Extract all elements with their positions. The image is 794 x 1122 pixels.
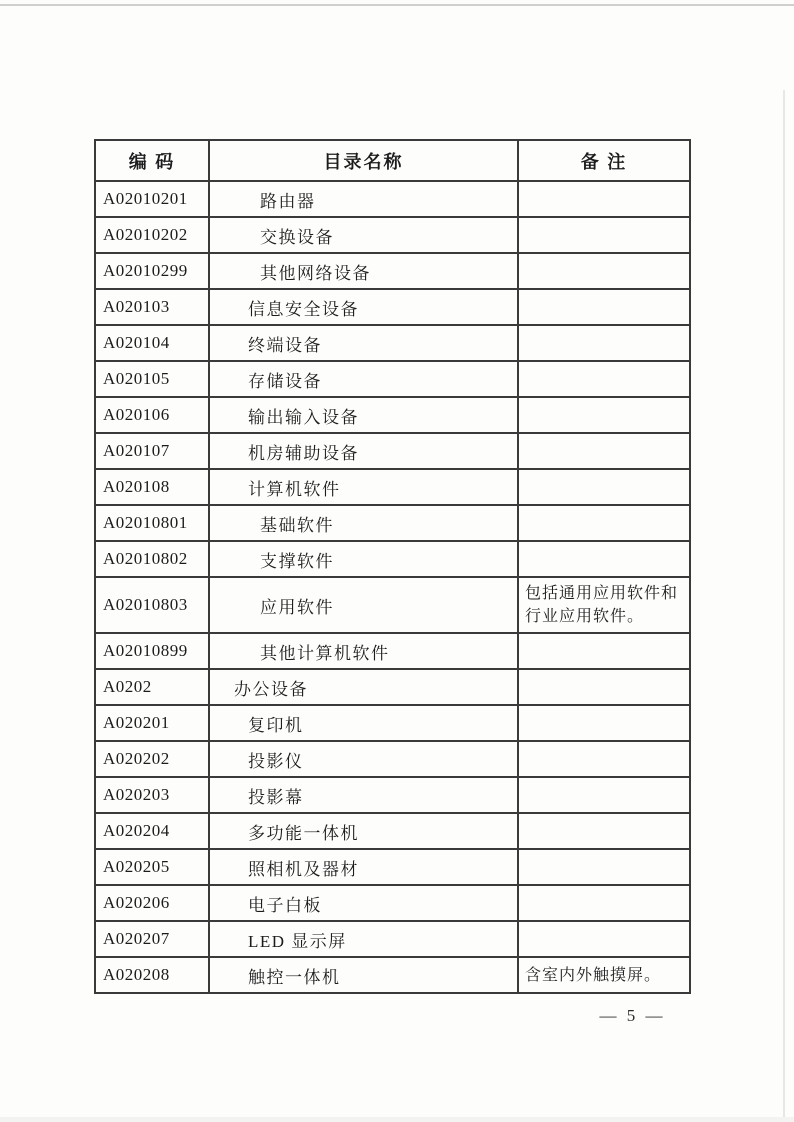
row-name: 电子白板 [209, 885, 518, 921]
row-remark [518, 921, 690, 957]
header-remark: 备 注 [518, 140, 690, 181]
row-remark [518, 217, 690, 253]
row-remark [518, 669, 690, 705]
table-row: A0202办公设备 [95, 669, 690, 705]
table-row: A020207LED 显示屏 [95, 921, 690, 957]
row-code: A020105 [95, 361, 209, 397]
row-name: 机房辅助设备 [209, 433, 518, 469]
row-remark [518, 397, 690, 433]
row-code: A02010299 [95, 253, 209, 289]
table-row: A02010801基础软件 [95, 505, 690, 541]
row-name: 基础软件 [209, 505, 518, 541]
header-code: 编 码 [95, 140, 209, 181]
row-remark [518, 433, 690, 469]
table-row: A020204多功能一体机 [95, 813, 690, 849]
document-page: 编 码 目录名称 备 注 A02010201路由器A02010202交换设备A0… [0, 0, 794, 1122]
scan-artifact-right-edge [783, 90, 785, 1122]
row-code: A020203 [95, 777, 209, 813]
row-code: A020103 [95, 289, 209, 325]
row-name: 触控一体机 [209, 957, 518, 993]
table-row: A020106输出输入设备 [95, 397, 690, 433]
row-remark [518, 741, 690, 777]
row-name: 应用软件 [209, 577, 518, 633]
row-remark [518, 541, 690, 577]
row-name: 存储设备 [209, 361, 518, 397]
table-row: A02010201路由器 [95, 181, 690, 217]
table-row: A020201复印机 [95, 705, 690, 741]
table-row: A020108计算机软件 [95, 469, 690, 505]
table-row: A020202投影仪 [95, 741, 690, 777]
row-remark [518, 849, 690, 885]
row-remark: 包括通用应用软件和行业应用软件。 [518, 577, 690, 633]
row-name: 信息安全设备 [209, 289, 518, 325]
row-name: 复印机 [209, 705, 518, 741]
table-row: A020107机房辅助设备 [95, 433, 690, 469]
row-code: A020107 [95, 433, 209, 469]
row-name: 投影仪 [209, 741, 518, 777]
row-name: 终端设备 [209, 325, 518, 361]
row-name: 办公设备 [209, 669, 518, 705]
row-name: LED 显示屏 [209, 921, 518, 957]
row-remark [518, 885, 690, 921]
row-remark [518, 505, 690, 541]
row-name: 路由器 [209, 181, 518, 217]
row-code: A020202 [95, 741, 209, 777]
table-row: A02010299其他网络设备 [95, 253, 690, 289]
row-code: A020201 [95, 705, 209, 741]
row-remark [518, 361, 690, 397]
row-name: 其他计算机软件 [209, 633, 518, 669]
table-row: A020203投影幕 [95, 777, 690, 813]
row-remark [518, 325, 690, 361]
scan-artifact-bottom-edge [0, 1117, 794, 1122]
row-code: A020208 [95, 957, 209, 993]
row-code: A020106 [95, 397, 209, 433]
row-remark [518, 181, 690, 217]
row-code: A020204 [95, 813, 209, 849]
row-remark [518, 813, 690, 849]
row-name: 多功能一体机 [209, 813, 518, 849]
table-row: A020205照相机及器材 [95, 849, 690, 885]
row-code: A02010201 [95, 181, 209, 217]
row-name: 输出输入设备 [209, 397, 518, 433]
row-code: A020104 [95, 325, 209, 361]
row-name: 照相机及器材 [209, 849, 518, 885]
row-remark [518, 705, 690, 741]
row-code: A020205 [95, 849, 209, 885]
row-remark: 含室内外触摸屏。 [518, 957, 690, 993]
table-row: A020206电子白板 [95, 885, 690, 921]
row-code: A020108 [95, 469, 209, 505]
row-remark [518, 777, 690, 813]
table-row: A02010202交换设备 [95, 217, 690, 253]
row-name: 支撑软件 [209, 541, 518, 577]
header-name: 目录名称 [209, 140, 518, 181]
table-body: A02010201路由器A02010202交换设备A02010299其他网络设备… [95, 181, 690, 993]
row-code: A02010202 [95, 217, 209, 253]
table-row: A020104终端设备 [95, 325, 690, 361]
row-name: 交换设备 [209, 217, 518, 253]
row-code: A02010803 [95, 577, 209, 633]
table-row: A02010803应用软件包括通用应用软件和行业应用软件。 [95, 577, 690, 633]
row-code: A02010899 [95, 633, 209, 669]
row-code: A0202 [95, 669, 209, 705]
row-name: 计算机软件 [209, 469, 518, 505]
row-code: A020207 [95, 921, 209, 957]
table-header-row: 编 码 目录名称 备 注 [95, 140, 690, 181]
catalog-table: 编 码 目录名称 备 注 A02010201路由器A02010202交换设备A0… [94, 139, 691, 994]
table-row: A020208触控一体机含室内外触摸屏。 [95, 957, 690, 993]
table-row: A02010802支撑软件 [95, 541, 690, 577]
table-row: A020103信息安全设备 [95, 289, 690, 325]
row-remark [518, 289, 690, 325]
page-number: — 5 — [575, 1006, 690, 1026]
row-code: A020206 [95, 885, 209, 921]
row-remark [518, 253, 690, 289]
table-row: A02010899其他计算机软件 [95, 633, 690, 669]
row-remark [518, 633, 690, 669]
scan-artifact-top-edge [0, 4, 794, 6]
row-remark [518, 469, 690, 505]
table-row: A020105存储设备 [95, 361, 690, 397]
row-name: 其他网络设备 [209, 253, 518, 289]
row-code: A02010802 [95, 541, 209, 577]
row-name: 投影幕 [209, 777, 518, 813]
row-code: A02010801 [95, 505, 209, 541]
